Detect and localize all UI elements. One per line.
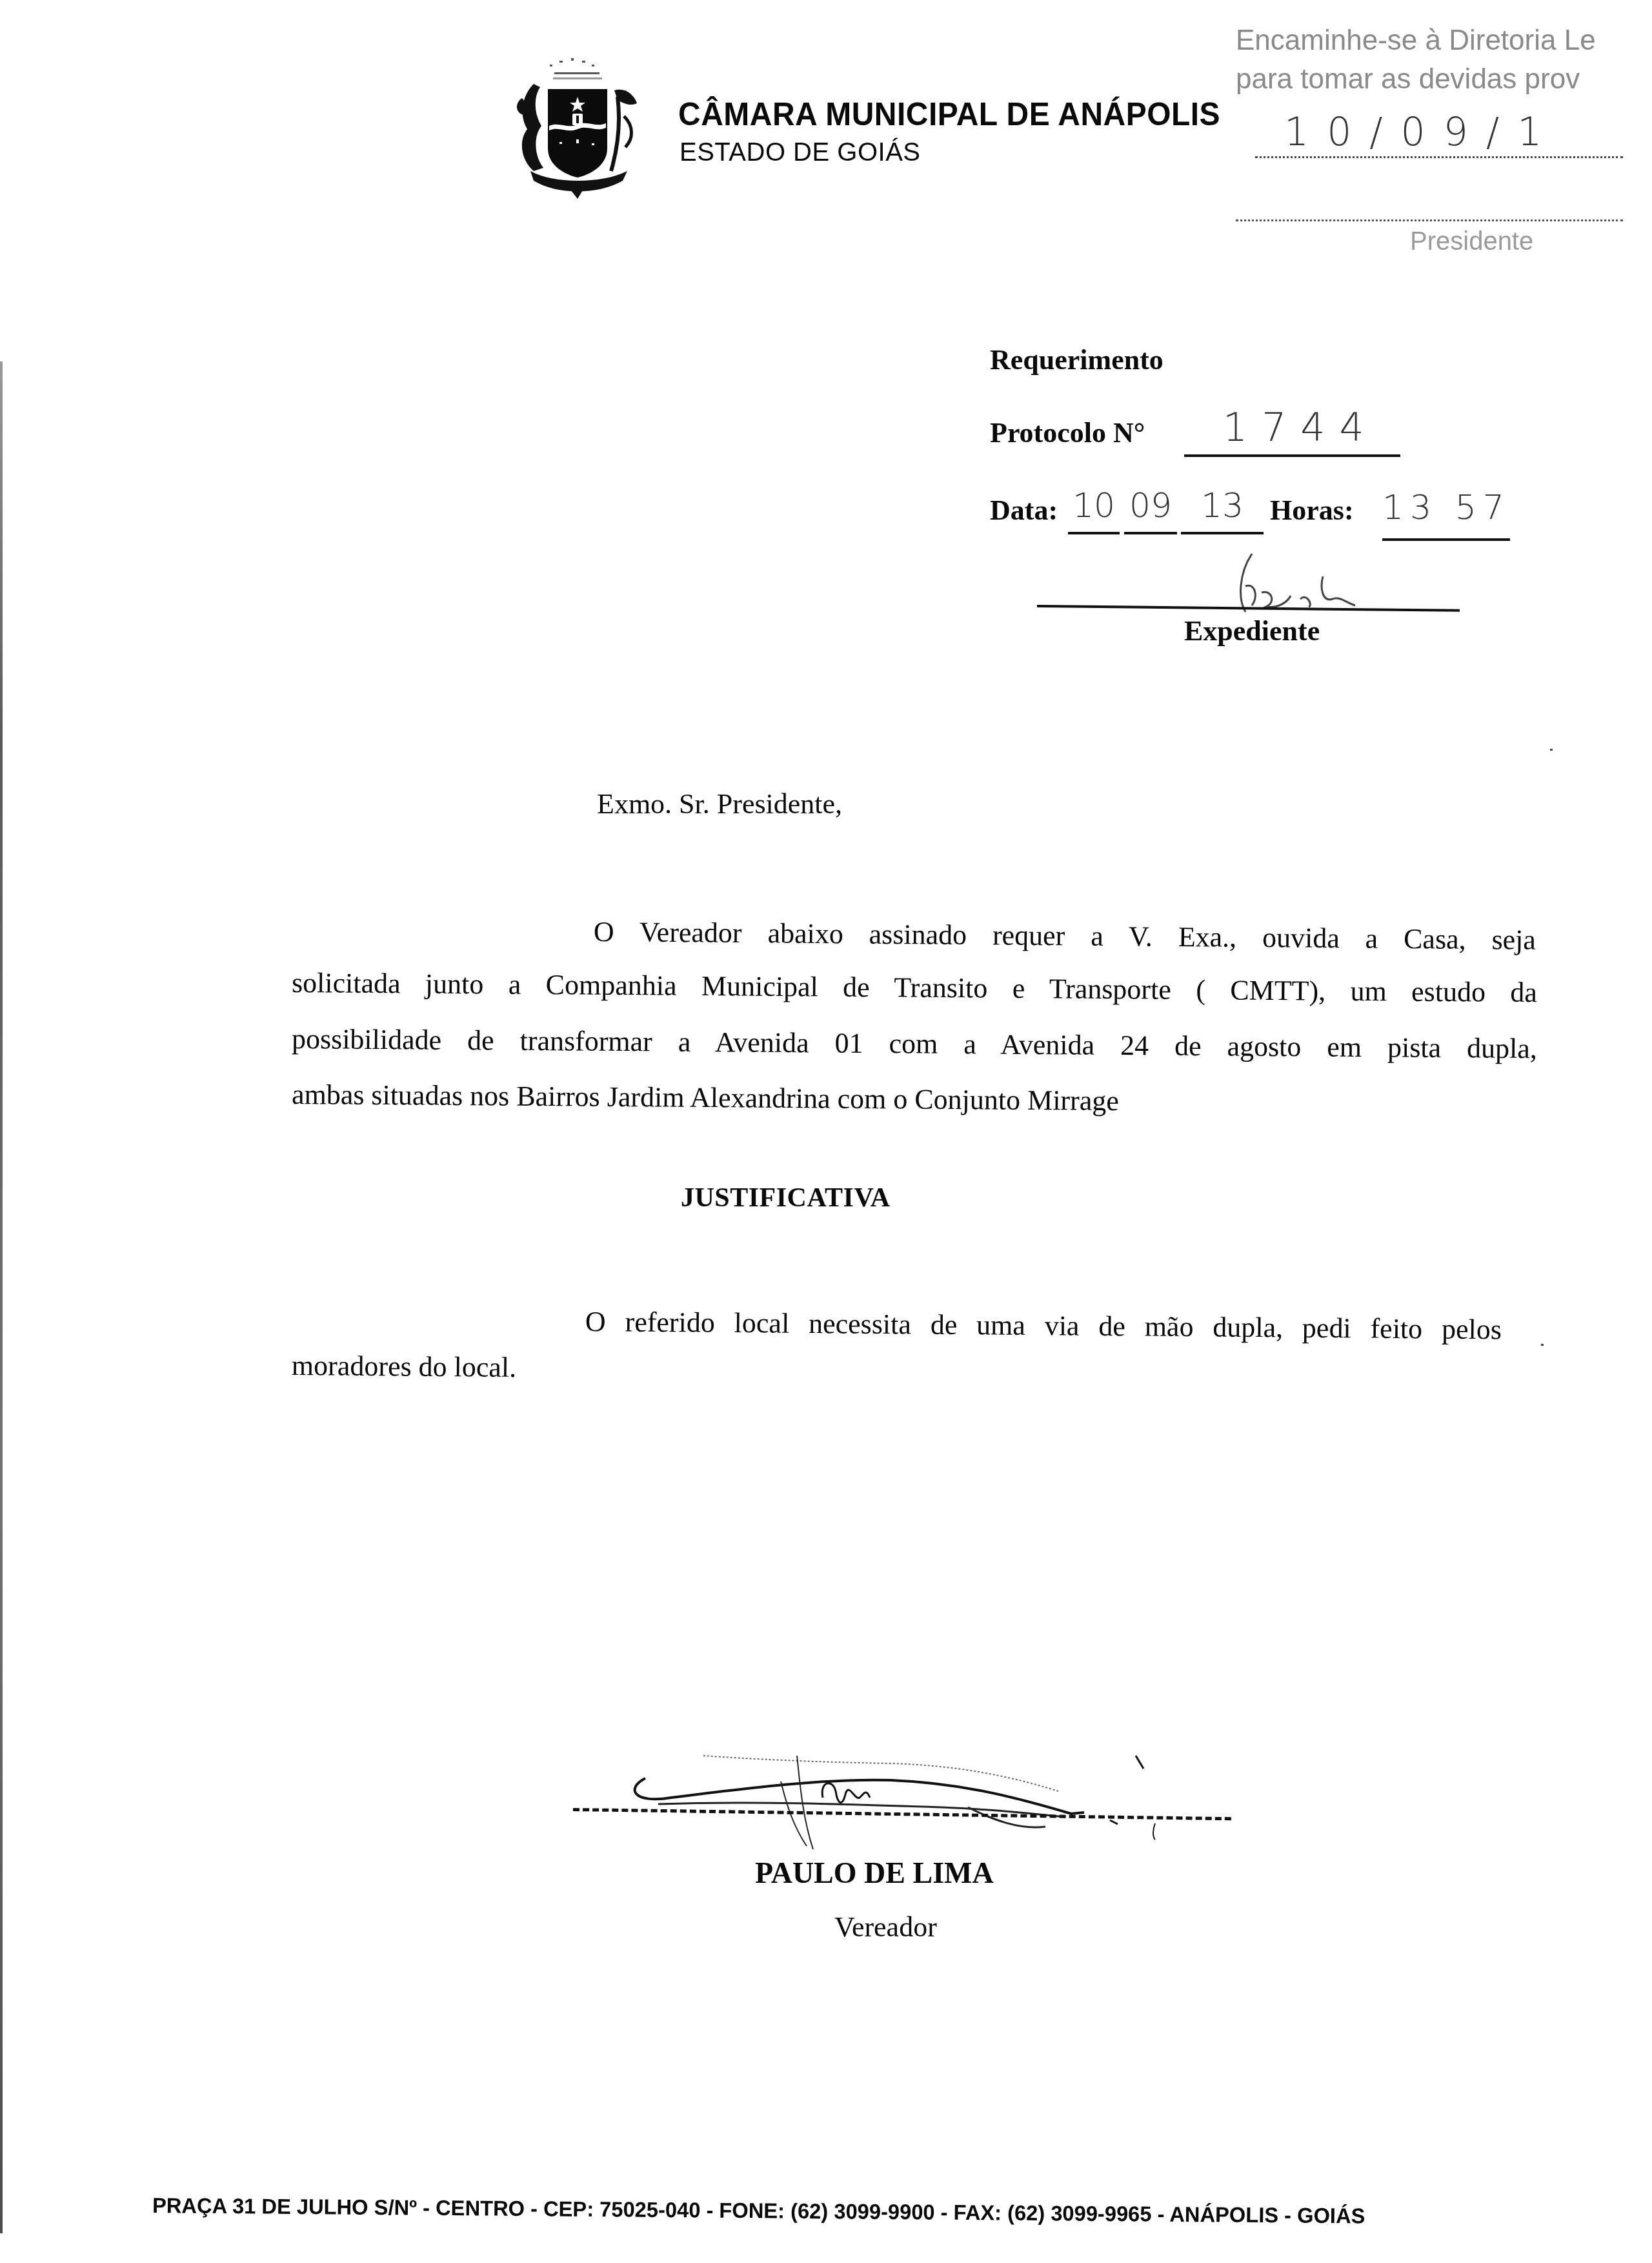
scan-speck [1541, 1344, 1544, 1346]
protocol-label: Protocolo N° [990, 416, 1145, 449]
protocol-number-field: 1744 [1184, 405, 1400, 457]
justification-line: moradores do local. [292, 1349, 517, 1384]
handwritten-signature [619, 1743, 1200, 1852]
scan-speck [1550, 749, 1553, 751]
organization-name: CÂMARA MUNICIPAL DE ANÁPOLIS [678, 96, 1220, 133]
dispatch-stamp-line1: Encaminhe-se à Diretoria Le [1236, 25, 1596, 57]
date-label: Data: [990, 494, 1058, 527]
municipal-coat-of-arms-icon [514, 52, 641, 199]
footer-address: PRAÇA 31 DE JULHO S/Nº - CENTRO - CEP: 7… [152, 2193, 1365, 2228]
scan-edge-artifact [0, 361, 3, 2233]
time-label: Horas: [1270, 494, 1354, 527]
justification-heading: JUSTIFICATIVA [681, 1182, 891, 1213]
dispatch-stamp-signer: Presidente [1410, 227, 1533, 256]
request-paragraph-line: solicitada junto a Companhia Municipal d… [292, 966, 1537, 1009]
salutation: Exmo. Sr. Presidente, [597, 787, 842, 820]
department-label: Expediente [1184, 614, 1320, 647]
date-year-field: 13 [1181, 483, 1264, 534]
request-paragraph-line: possibilidade de transformar a Avenida 0… [292, 1022, 1537, 1065]
stamp-signature-line [1236, 219, 1623, 221]
date-month-field: 09 [1124, 483, 1177, 534]
organization-state: ESTADO DE GOIÁS [680, 138, 921, 167]
date-day-field: 10 [1068, 483, 1120, 534]
dispatch-stamp-date: 10/09/1 [1284, 110, 1560, 155]
request-paragraph-line: ambas situadas nos Bairros Jardim Alexan… [292, 1078, 1119, 1117]
stamp-date-line [1255, 156, 1623, 158]
request-paragraph-line: O Vereador abaixo assinado requer a V. E… [594, 915, 1536, 957]
signer-name: PAULO DE LIMA [755, 1856, 994, 1890]
time-field: 13 57 [1382, 483, 1510, 541]
document-type: Requerimento [990, 343, 1163, 376]
justification-line: O referido local necessita de uma via de… [585, 1305, 1502, 1346]
dispatch-stamp-line2: para tomar as devidas prov [1236, 63, 1580, 96]
signer-role: Vereador [834, 1911, 937, 1943]
